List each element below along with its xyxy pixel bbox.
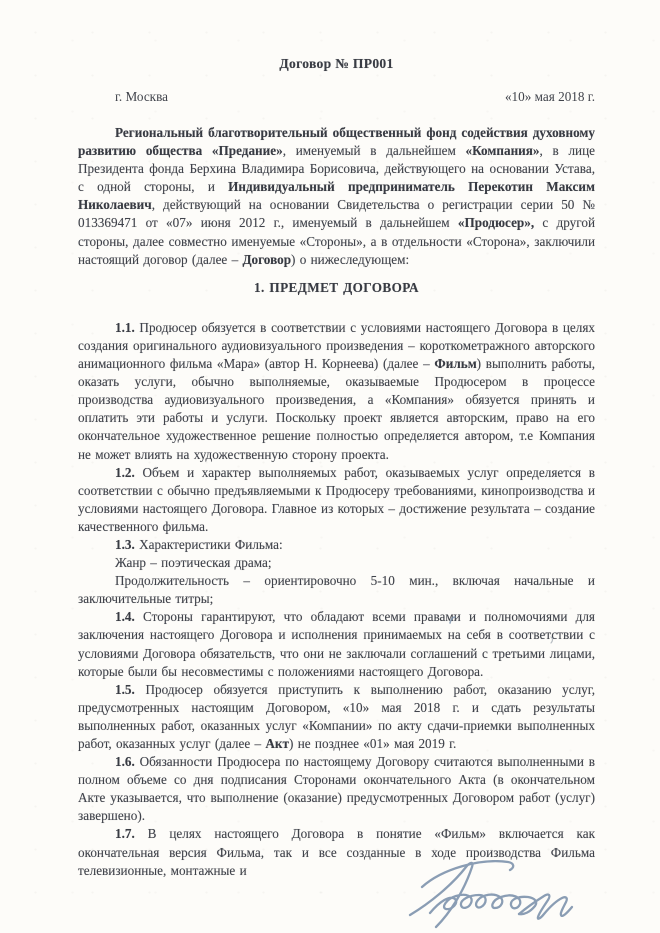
contract-page: Договор № ПР001 г. Москва «10» мая 2018 … — [0, 0, 660, 933]
contract-body: Региональный благотворительный обществен… — [78, 124, 595, 880]
clause-1-3-genre: Жанр – поэтическая драма; — [78, 554, 595, 572]
document-place: г. Москва — [78, 89, 168, 105]
place-date-row: г. Москва «10» мая 2018 г. — [78, 89, 595, 105]
ink-speck-icon — [549, 635, 556, 645]
clause-1-3: 1.3. Характеристики Фильма: — [78, 536, 595, 554]
clause-1-1: 1.1. Продюсер обязуется в соответствии с… — [78, 319, 595, 464]
clause-1-4: 1.4. Стороны гарантируют, что обладают в… — [78, 608, 595, 680]
handwritten-signature-icon — [386, 851, 582, 931]
signature-strokes — [410, 861, 572, 927]
document-date: «10» мая 2018 г. — [505, 89, 595, 105]
clause-1-3-duration: Продолжительность – ориентировочно 5-10 … — [78, 572, 595, 608]
section-1-heading: 1. ПРЕДМЕТ ДОГОВОРА — [78, 279, 595, 297]
clause-1-5: 1.5. Продюсер обязуется приступить к вып… — [78, 681, 595, 753]
document-title: Договор № ПР001 — [78, 56, 595, 72]
clause-1-2: 1.2. Объем и характер выполняемых работ,… — [78, 464, 595, 536]
clause-1-6: 1.6. Обязанности Продюсера по настоящему… — [78, 753, 595, 825]
preamble: Региональный благотворительный обществен… — [78, 124, 595, 269]
ink-speck-icon — [448, 615, 457, 625]
